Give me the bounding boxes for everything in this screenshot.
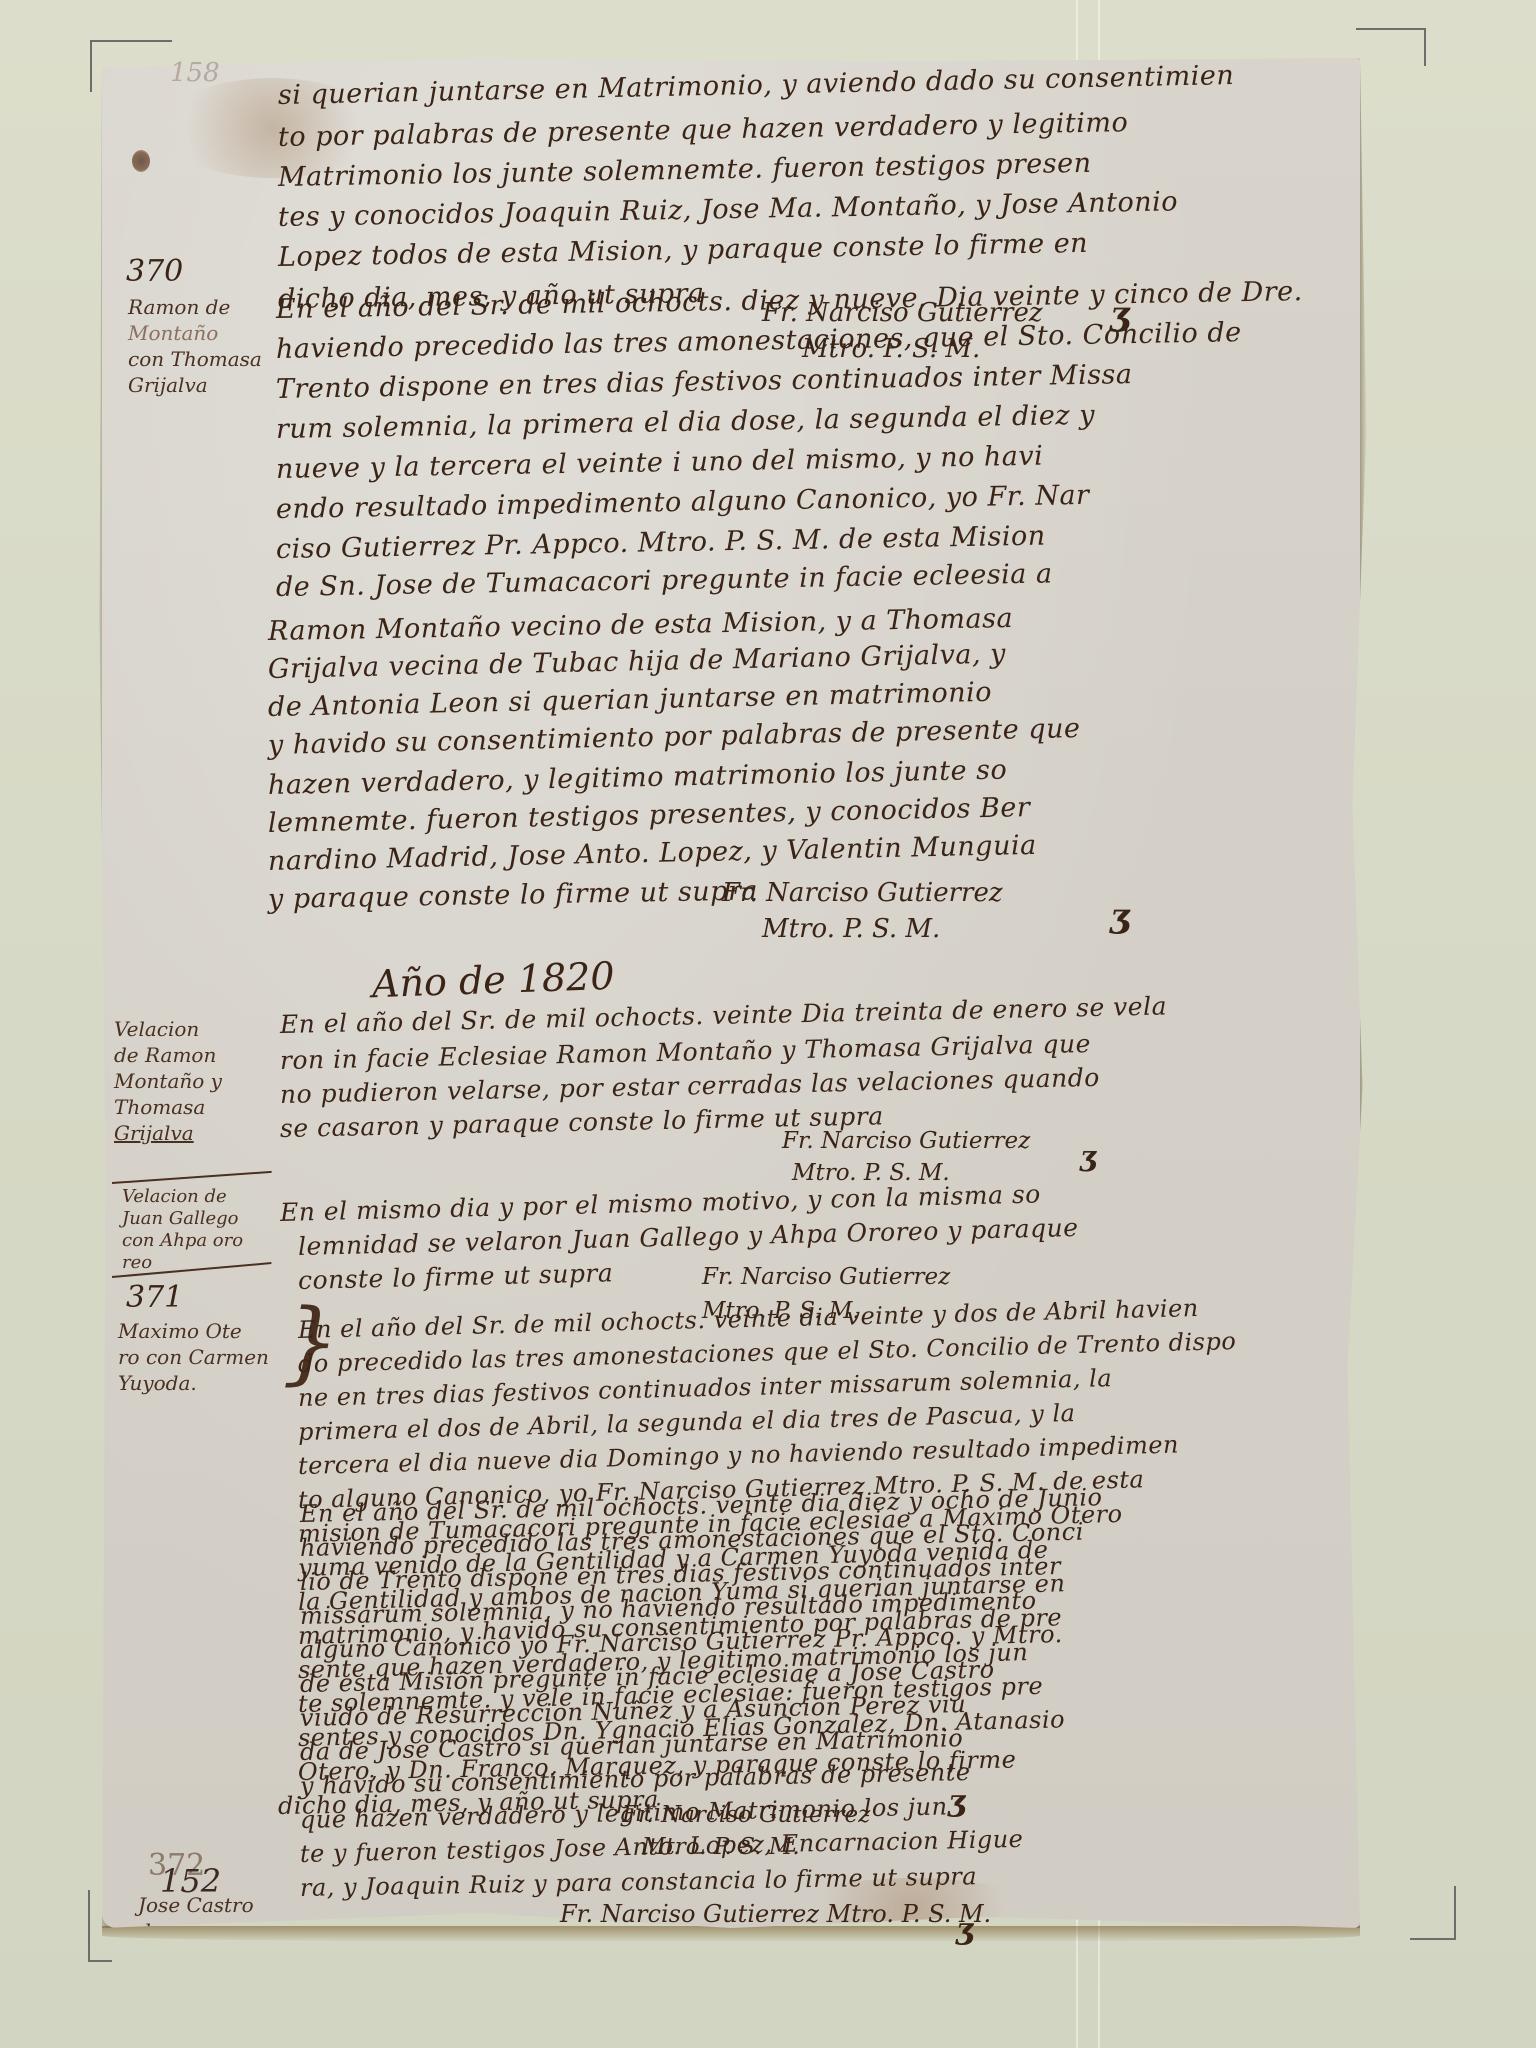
text-line: endo resultado impedimento alguno Canoni… — [276, 480, 1090, 525]
text-line: nardino Madrid, Jose Anto. Lopez, y Vale… — [268, 830, 1037, 877]
margin-note-line: con Thomasa — [128, 346, 262, 372]
margin-note-line: Montaño — [128, 320, 262, 346]
margin-divider — [112, 1171, 272, 1184]
margin-note-line: Velacion — [114, 1016, 222, 1042]
folio-number: 152 — [160, 1862, 221, 1900]
margin-note-line: Maximo Ote — [118, 1318, 269, 1344]
text-line: rum solemnia, la primera el dia dose, la… — [276, 400, 1095, 445]
text-line: de Sn. Jose de Tumacacori pregunte in fa… — [276, 558, 1053, 603]
year-heading: Año de 1820 — [371, 954, 615, 1006]
margin-note-line: Yuyoda. — [118, 1370, 269, 1396]
text-line: si querian juntarse en Matrimonio, y avi… — [278, 60, 1235, 111]
margin-note-line: Velacion de — [122, 1186, 243, 1208]
text-line: haviendo precedido las tres amonestacion… — [276, 317, 1242, 365]
margin-note-velacion-montano: Velacion de Ramon Montaño y Thomasa Grij… — [114, 1016, 222, 1146]
paper-hole — [132, 150, 150, 172]
paper-shadow — [102, 1926, 1360, 1942]
signature-title: Mtro. P. S. M. — [762, 914, 940, 944]
margin-note-line: Juan Gallego — [122, 1208, 243, 1230]
margin-note-371: Maximo Ote ro con Carmen Yuyoda. — [118, 1318, 269, 1396]
margin-note-line: Grijalva — [114, 1120, 222, 1146]
text-line: tes y conocidos Joaquin Ruiz, Jose Ma. M… — [278, 186, 1179, 233]
signature: Fr. Narciso Gutierrez — [722, 878, 1003, 908]
rubric-mark: ʒ — [1110, 896, 1129, 936]
rubric-mark: ʒ — [948, 1784, 965, 1819]
text-line: ciso Gutierrez Pr. Appco. Mtro. P. S. M.… — [276, 521, 1046, 565]
rubric-mark: ʒ — [1080, 1140, 1096, 1173]
margin-note-line: con Ahpa oro — [122, 1230, 243, 1252]
text-line: Trento dispone en tres dias festivos con… — [276, 359, 1133, 405]
margin-note-velacion-gallego: Velacion de Juan Gallego con Ahpa oro re… — [122, 1186, 243, 1274]
margin-note-line: ro con Carmen — [118, 1344, 269, 1370]
signature: Fr. Narciso Gutierrez — [782, 1128, 1030, 1154]
margin-note-line: Grijalva — [128, 372, 262, 398]
margin-note-line: Montaño y — [114, 1068, 222, 1094]
text-line: Lopez todos de esta Mision, y paraque co… — [278, 228, 1089, 273]
corner-mark-top-right — [1356, 28, 1426, 66]
text-line: y paraque conste lo firme ut supra — [268, 875, 758, 915]
text-line: nueve y la tercera el veinte i uno del m… — [276, 441, 1044, 485]
margin-note-line: Thomasa — [114, 1094, 222, 1120]
text-line: to por palabras de presente que hazen ve… — [278, 107, 1129, 153]
corner-mark-bottom-right — [1410, 1886, 1456, 1940]
rubric-mark: ʒ — [956, 1912, 973, 1947]
signature: Fr. Narciso Gutierrez — [702, 1264, 950, 1290]
signature: Fr. Narciso Gutierrez Mtro. P. S. M. — [560, 1900, 991, 1928]
margin-note-370: Ramon de Montaño con Thomasa Grijalva — [128, 294, 262, 398]
margin-note-line: Ramon de — [128, 294, 262, 320]
entry-number: 371 — [126, 1280, 183, 1315]
text-line: conste lo firme ut supra — [298, 1258, 614, 1295]
corner-page-number: 158 — [170, 58, 220, 88]
text-line: Matrimonio los junte solemnemte. fueron … — [278, 148, 1092, 193]
entry-number: 370 — [126, 254, 183, 289]
text-line: de Antonia Leon si querian juntarse en m… — [268, 677, 993, 723]
margin-note-line: de Ramon — [114, 1042, 222, 1068]
